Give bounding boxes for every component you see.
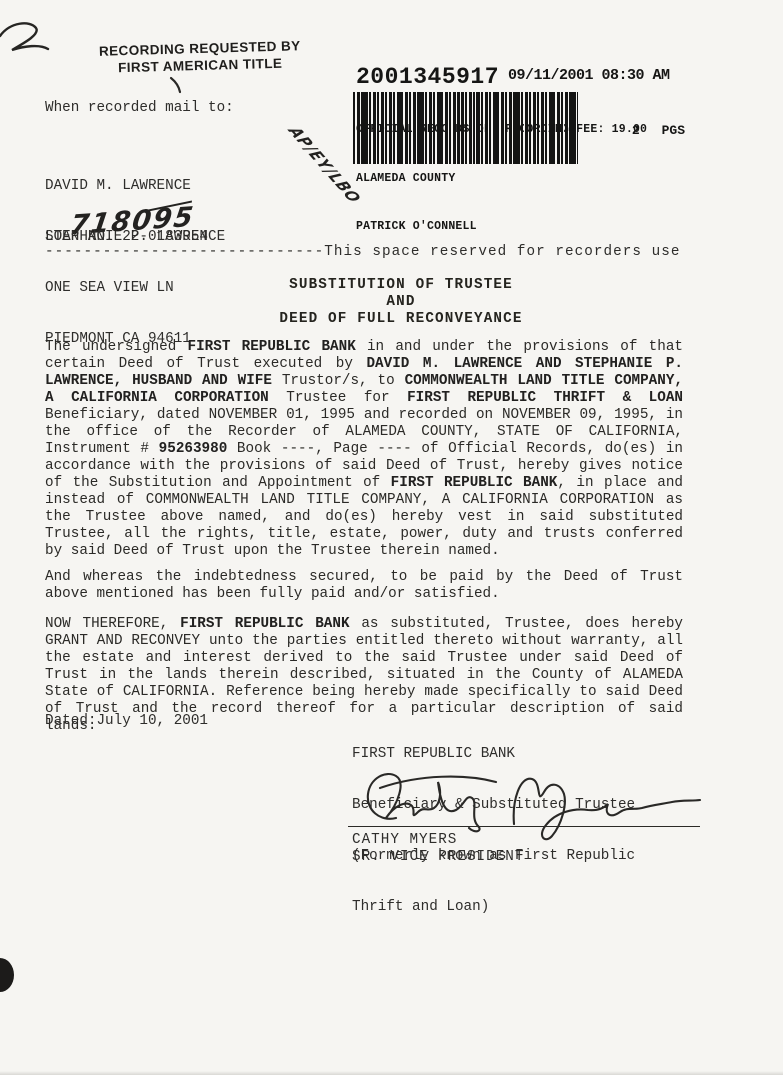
recorder-officer-name: PATRICK O'CONNELL — [356, 221, 670, 234]
org-line: Thrift and Loan) — [352, 899, 635, 916]
signer-title: SR. VICE PRESIDENT — [352, 849, 524, 865]
signature-line — [348, 826, 700, 827]
document-title: SUBSTITUTION OF TRUSTEE AND DEED OF FULL… — [45, 277, 757, 328]
recorder-document-number: 2001345917 — [356, 66, 499, 88]
title-line-3: DEED OF FULL RECONVEYANCE — [45, 311, 757, 328]
document-body: The undersigned FIRST REPUBLIC BANK in a… — [45, 339, 683, 735]
pen-tick-mark — [168, 76, 184, 94]
scanned-document-page: RECORDING REQUESTED BY FIRST AMERICAN TI… — [0, 0, 783, 1075]
org-line: FIRST REPUBLIC BANK — [352, 746, 635, 763]
pages-count: 2 — [632, 123, 640, 138]
title-line-2: AND — [45, 294, 757, 311]
recorder-space-divider: -----------------------------This space … — [45, 244, 681, 260]
mailto-label: When recorded mail to: — [45, 100, 234, 116]
loan-number-line: LOAN NO. 22-0183954 — [45, 229, 208, 245]
paragraph-indebtedness: And whereas the indebtedness secured, to… — [45, 569, 683, 603]
handwritten-corner-mark — [0, 18, 52, 70]
recorder-barcode-row: 2PGS — [353, 92, 685, 164]
dated-line: Dated:July 10, 2001 — [45, 713, 208, 729]
pages-label: PGS — [662, 123, 685, 138]
address-line: DAVID M. LAWRENCE — [45, 178, 225, 195]
recording-requested-stamp: RECORDING REQUESTED BY FIRST AMERICAN TI… — [70, 36, 331, 77]
paragraph-substitution: The undersigned FIRST REPUBLIC BANK in a… — [45, 339, 683, 560]
handwritten-signature — [336, 766, 708, 842]
signer-name: CATHY MYERS — [352, 832, 457, 848]
title-line-1: SUBSTITUTION OF TRUSTEE — [45, 277, 757, 294]
handwritten-initials: AP/EY/LBO — [286, 125, 363, 204]
barcode — [353, 92, 578, 164]
punch-hole-artifact — [0, 958, 14, 992]
recorder-county: ALAMEDA COUNTY — [356, 173, 670, 186]
recorder-datetime: 09/11/2001 08:30 AM — [508, 66, 670, 86]
